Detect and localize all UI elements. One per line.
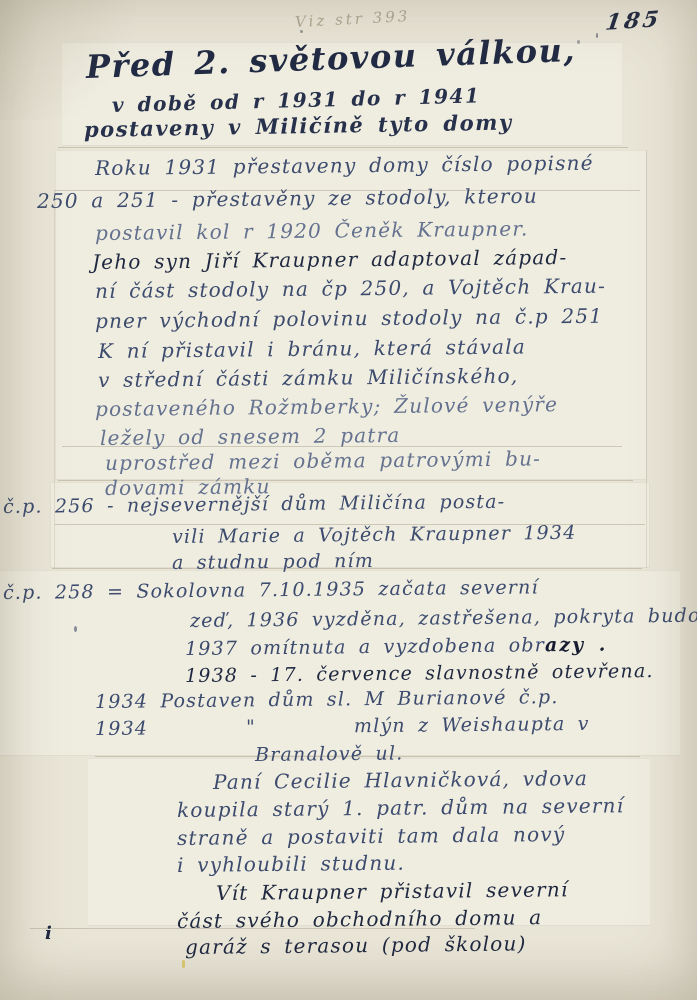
pencil-note: Viz str 393 [295, 7, 411, 31]
manuscript-line: část svého obchodního domu a [177, 905, 543, 933]
margin-mark: i [45, 923, 52, 944]
ink-speck [74, 626, 77, 632]
ruled-line [58, 147, 628, 148]
manuscript-line: v střední části zámku Miličínského, [98, 364, 519, 392]
manuscript-line: 1937 omítnuta a vyzdobena obrazy . [185, 634, 608, 660]
manuscript-page-scan: Viz str 393 185 Před 2. světovou válkou,… [0, 0, 697, 1000]
manuscript-line: K ní přistavil i bránu, která stávala [98, 335, 526, 363]
manuscript-line: postavil kol r 1920 Čeněk Kraupner. [95, 216, 529, 245]
ink-speck [596, 33, 598, 38]
manuscript-line: straně a postaviti tam dala nový [177, 822, 566, 850]
page-number: 185 [604, 6, 663, 36]
manuscript-line: koupila starý 1. patr. dům na severní [177, 793, 625, 822]
manuscript-line: i vyhloubili studnu. [177, 851, 405, 877]
paste-seam [646, 150, 647, 568]
manuscript-line: Jeho syn Jiří Kraupner adaptoval západ- [92, 245, 568, 274]
line-text: 1937 omítnuta a vyzdobena obr [185, 634, 545, 660]
manuscript-line: Branalově ul. [255, 742, 404, 766]
manuscript-line: Paní Cecilie Hlavničková, vdova [213, 766, 588, 794]
obrazy-correction: azy . [545, 634, 608, 657]
manuscript-line: Vít Kraupner přistavil severní [216, 877, 569, 905]
ink-speck [182, 960, 185, 968]
manuscript-line: a studnu pod ním [172, 550, 374, 574]
manuscript-line: postaveného Rožmberky; Žulové venýře [95, 392, 558, 421]
manuscript-line: uprostřed mezi oběma patrovými bu- [105, 446, 541, 475]
manuscript-line: ležely od snesem 2 patra [100, 423, 401, 450]
ink-speck [577, 40, 580, 44]
manuscript-line: vili Marie a Vojtěch Kraupner 1934 [172, 522, 577, 548]
manuscript-line: garáž s terasou (pod školou) [185, 931, 527, 959]
